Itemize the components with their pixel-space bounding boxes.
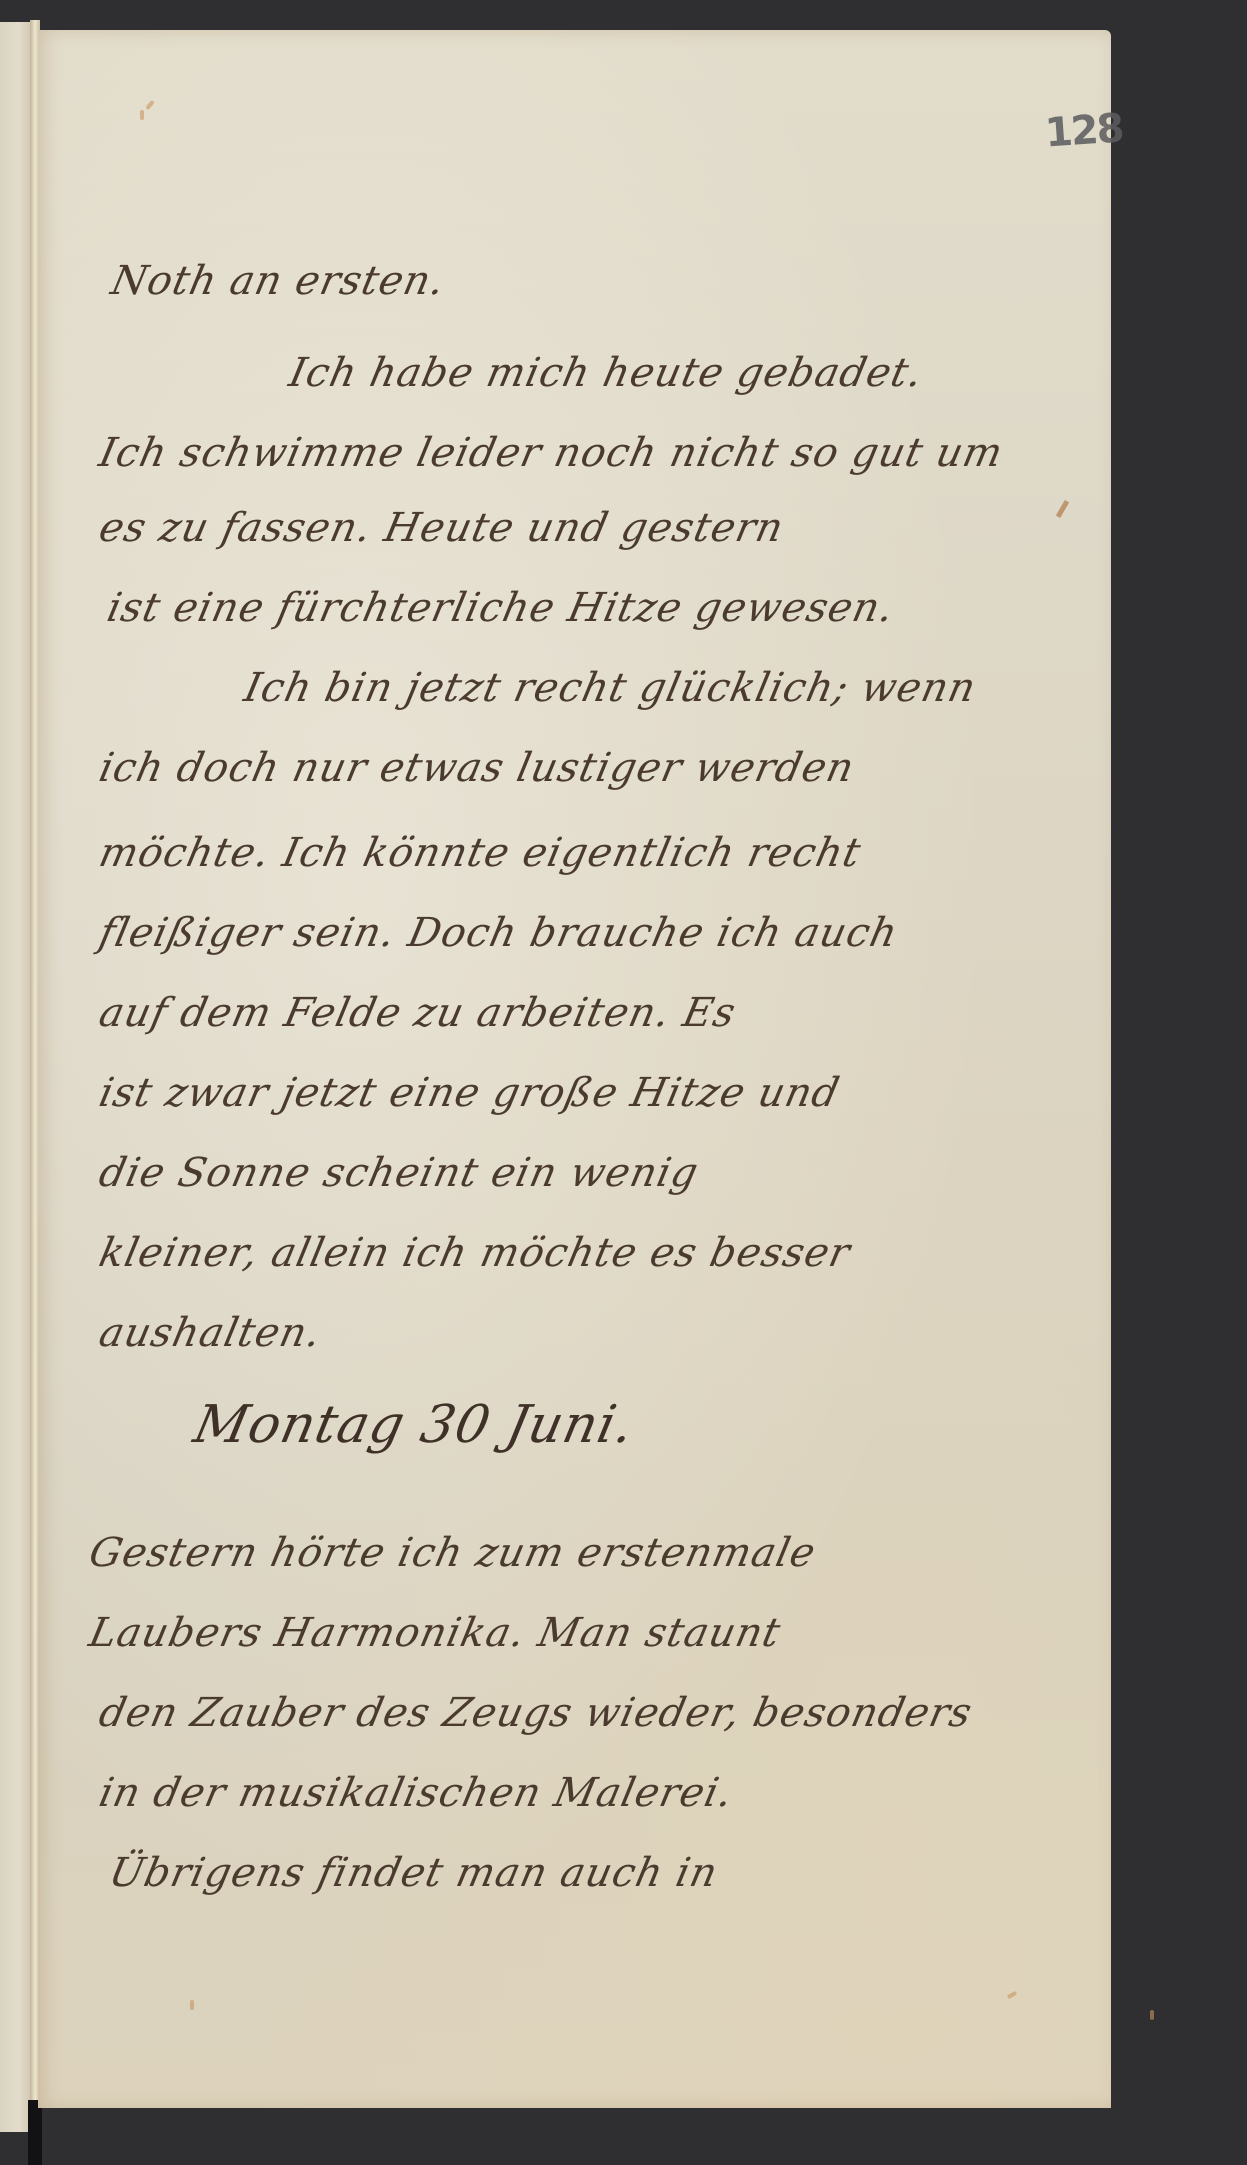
handwritten-line: ist zwar jetzt eine große Hitze und <box>95 1070 844 1116</box>
handwritten-line: Übrigens findet man auch in <box>105 1850 722 1896</box>
handwritten-line: Noth an ersten. <box>107 258 449 304</box>
handwritten-line: in der musikalischen Malerei. <box>95 1770 737 1816</box>
page-number: 128 <box>1043 105 1124 156</box>
handwritten-line: Gestern hörte ich zum erstenmale <box>85 1530 820 1576</box>
entry-date-heading: Montag 30 Juni. <box>189 1395 640 1455</box>
paper-speck <box>140 110 144 120</box>
handwritten-line: es zu fassen. Heute und gestern <box>95 505 788 551</box>
handwritten-line: Ich bin jetzt recht glücklich; wenn <box>240 665 980 711</box>
handwritten-line: möchte. Ich könnte eigentlich recht <box>95 830 865 876</box>
handwritten-line: auf dem Felde zu arbeiten. Es <box>95 990 740 1036</box>
binding-strip <box>28 2100 42 2165</box>
handwritten-line: Ich habe mich heute gebadet. <box>285 350 927 396</box>
paper-speck <box>190 2000 194 2010</box>
handwritten-line: ist eine fürchterliche Hitze gewesen. <box>103 585 898 631</box>
handwritten-line: fleißiger sein. Doch brauche ich auch <box>95 910 902 956</box>
handwritten-line: ich doch nur etwas lustiger werden <box>95 745 859 791</box>
handwritten-line: aushalten. <box>95 1310 326 1356</box>
handwritten-line: kleiner, allein ich möchte es besser <box>95 1230 855 1276</box>
scan-background: 128 Noth an ersten.Ich habe mich heute g… <box>0 0 1247 2165</box>
paper-speck <box>1150 2010 1154 2020</box>
facing-page-edge <box>0 22 32 2132</box>
handwritten-line: den Zauber des Zeugs wieder, besonders <box>95 1690 976 1736</box>
handwritten-line: Ich schwimme leider noch nicht so gut um <box>95 430 1007 476</box>
handwritten-line: die Sonne scheint ein wenig <box>95 1150 703 1196</box>
handwritten-line: Laubers Harmonika. Man staunt <box>85 1610 785 1656</box>
